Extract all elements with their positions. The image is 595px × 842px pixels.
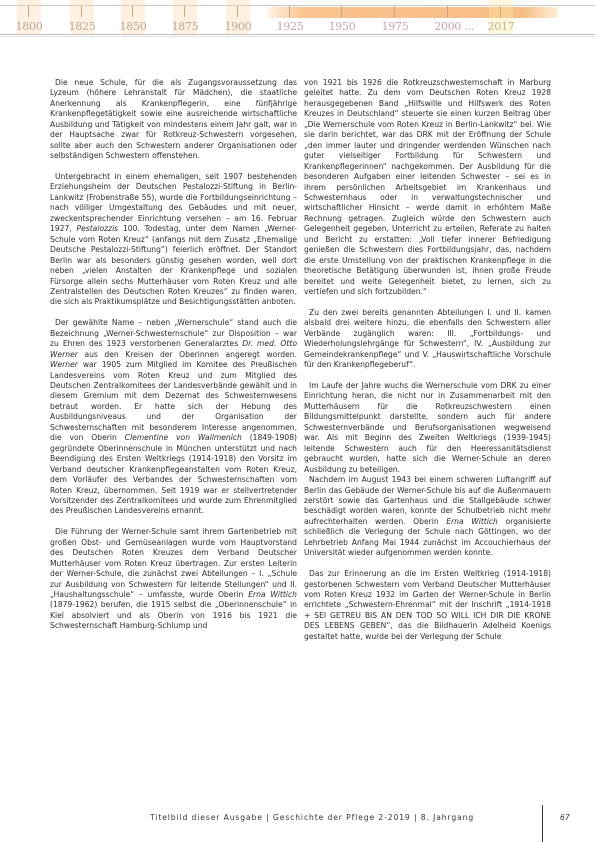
timeline-bottom-rule [0, 34, 595, 35]
timeline-year: 1950 [327, 0, 357, 34]
timeline-year: 1875 [170, 0, 200, 34]
paragraph: Das zur Erinnerung an die im Ersten Welt… [304, 569, 551, 642]
timeline-year: 1925 [275, 0, 305, 34]
timeline-year: 1900 [223, 0, 253, 34]
timeline-year: 1850 [118, 0, 148, 34]
timeline-year: 2017 [486, 0, 516, 34]
paragraph: Im Laufe der Jahre wuchs die Wernerschul… [304, 381, 551, 475]
timeline-header: 1800 1825 1850 1875 1900 1925 1950 1975 … [0, 0, 595, 40]
paragraph: Die neue Schule, für die als Zugangsvora… [50, 78, 297, 162]
article-right-column: von 1921 bis 1926 die Rotkreuzschwestern… [304, 78, 551, 642]
paragraph: von 1921 bis 1926 die Rotkreuzschwestern… [304, 78, 551, 298]
paragraph: Nachdem im August 1943 bei einem schwere… [304, 475, 551, 559]
paragraph: Untergebracht in einem ehemaligen, seit … [50, 172, 297, 308]
footer-divider [542, 805, 543, 842]
page-number: 67 [560, 813, 570, 822]
timeline-year: 1800 [14, 0, 44, 34]
running-footer: Titelbild dieser Ausgabe | Geschichte de… [150, 813, 474, 822]
timeline-year: 1825 [67, 0, 97, 34]
article-left-column: Die neue Schule, für die als Zugangsvora… [50, 78, 297, 632]
timeline-bottom-rule-2 [0, 36, 595, 37]
paragraph: Zu den zwei bereits genannten Abteilunge… [304, 308, 551, 371]
timeline-year: 1975 [380, 0, 410, 34]
paragraph: Die Führung der Werner-Schule samt ihrem… [50, 527, 297, 632]
paragraph: Der gewählte Name – neben „Wernerschule“… [50, 318, 297, 517]
timeline-year: 2000 ... [433, 0, 473, 34]
